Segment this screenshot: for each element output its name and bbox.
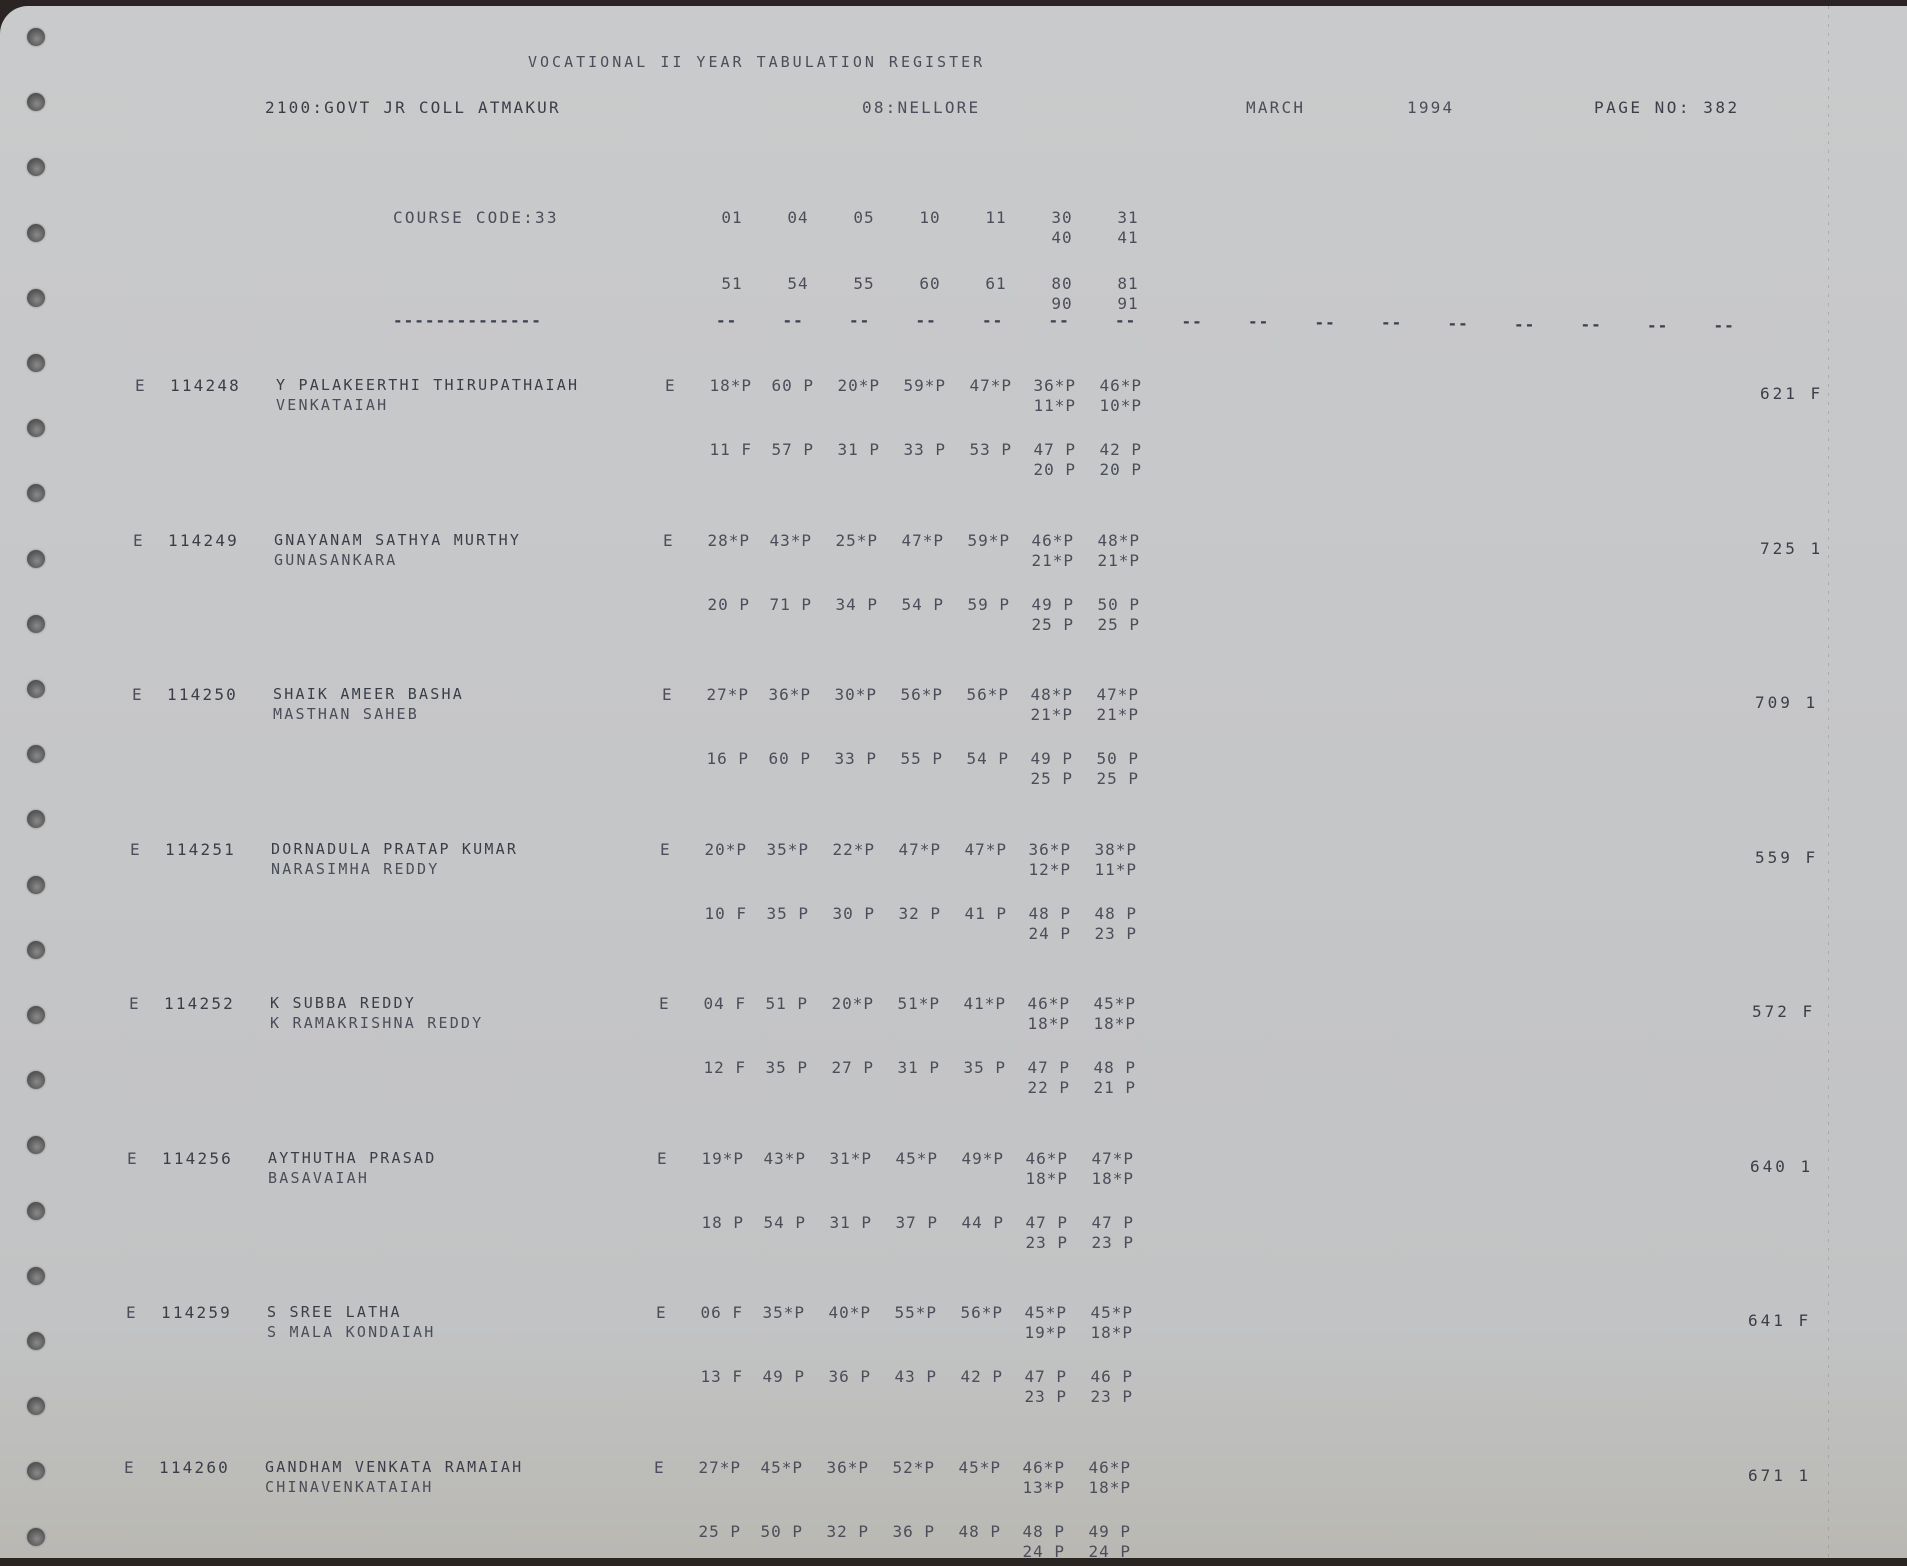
column-divider-dash: -- bbox=[1448, 314, 1469, 333]
medium-code: E bbox=[656, 1303, 668, 1322]
year2-sub-mark: 20 P bbox=[1080, 460, 1142, 479]
subject-code: 51 bbox=[712, 274, 752, 293]
college-name: 2100:GOVT JR COLL ATMAKUR bbox=[265, 98, 561, 117]
year1-sub-mark: 18*P bbox=[1069, 1478, 1131, 1497]
year1-mark: 45*P bbox=[939, 1458, 1001, 1477]
binder-hole bbox=[27, 354, 45, 372]
year2-mark: 35 P bbox=[746, 1058, 808, 1077]
year2-mark: 49 P bbox=[1069, 1522, 1131, 1541]
year2-mark: 27 P bbox=[812, 1058, 874, 1077]
course-underline: -------------- bbox=[393, 311, 542, 330]
year1-mark: 46*P bbox=[1006, 1149, 1068, 1168]
year1-mark: 52*P bbox=[873, 1458, 935, 1477]
year2-mark: 36 P bbox=[809, 1367, 871, 1386]
binder-hole bbox=[27, 93, 45, 111]
binder-hole bbox=[27, 1528, 45, 1546]
year2-mark: 43 P bbox=[875, 1367, 937, 1386]
year2-sub-mark: 24 P bbox=[1069, 1542, 1131, 1559]
year1-sub-mark: 11*P bbox=[1014, 396, 1076, 415]
year1-sub-mark: 18*P bbox=[1006, 1169, 1068, 1188]
subject-code: 54 bbox=[778, 274, 818, 293]
year1-mark: 60 P bbox=[752, 376, 814, 395]
year1-mark: 31*P bbox=[810, 1149, 872, 1168]
subject-code: 60 bbox=[910, 274, 950, 293]
subject-code: 41 bbox=[1108, 228, 1148, 247]
column-divider-dash: -- bbox=[849, 311, 870, 330]
year2-mark: 50 P bbox=[1077, 749, 1139, 768]
record-flag: E bbox=[130, 840, 142, 859]
total-and-result: 621 F bbox=[1760, 384, 1823, 403]
year2-mark: 50 P bbox=[741, 1522, 803, 1541]
year1-mark: 18*P bbox=[690, 376, 752, 395]
record-flag: E bbox=[127, 1149, 139, 1168]
year2-mark: 49 P bbox=[743, 1367, 805, 1386]
year2-sub-mark: 24 P bbox=[1003, 1542, 1065, 1559]
register-title: VOCATIONAL II YEAR TABULATION REGISTER bbox=[528, 53, 985, 71]
column-divider-dash: -- bbox=[716, 311, 737, 330]
binder-hole bbox=[27, 1202, 45, 1220]
year2-mark: 71 P bbox=[750, 595, 812, 614]
father-name: VENKATAIAH bbox=[276, 396, 388, 414]
total-and-result: 559 F bbox=[1755, 848, 1818, 867]
year2-sub-mark: 20 P bbox=[1014, 460, 1076, 479]
student-name: K SUBBA REDDY bbox=[270, 994, 416, 1012]
father-name: BASAVAIAH bbox=[268, 1169, 369, 1187]
year2-mark: 16 P bbox=[687, 749, 749, 768]
subject-code: 04 bbox=[778, 208, 818, 227]
binder-hole bbox=[27, 224, 45, 242]
year1-mark: 25*P bbox=[816, 531, 878, 550]
year1-sub-mark: 18*P bbox=[1074, 1014, 1136, 1033]
column-divider-dash: -- bbox=[1115, 311, 1136, 330]
medium-code: E bbox=[654, 1458, 666, 1477]
year1-mark: 36*P bbox=[1009, 840, 1071, 859]
year2-sub-mark: 21 P bbox=[1074, 1078, 1136, 1097]
year2-mark: 11 F bbox=[690, 440, 752, 459]
binder-hole bbox=[27, 484, 45, 502]
year1-mark: 43*P bbox=[744, 1149, 806, 1168]
year1-mark: 47*P bbox=[882, 531, 944, 550]
binder-holes bbox=[27, 6, 47, 1558]
year1-mark: 47*P bbox=[879, 840, 941, 859]
subject-code: 80 bbox=[1042, 274, 1082, 293]
year1-mark: 27*P bbox=[679, 1458, 741, 1477]
year1-mark: 36*P bbox=[1014, 376, 1076, 395]
binder-hole bbox=[27, 941, 45, 959]
subject-code: 01 bbox=[712, 208, 752, 227]
year1-sub-mark: 21*P bbox=[1077, 705, 1139, 724]
total-and-result: 641 F bbox=[1748, 1311, 1811, 1330]
student-name: S SREE LATHA bbox=[267, 1303, 402, 1321]
column-divider-dash: -- bbox=[916, 311, 937, 330]
year2-mark: 53 P bbox=[950, 440, 1012, 459]
year2-mark: 30 P bbox=[813, 904, 875, 923]
medium-code: E bbox=[660, 840, 672, 859]
year2-mark: 48 P bbox=[1009, 904, 1071, 923]
exam-month: MARCH bbox=[1246, 98, 1305, 117]
subject-code: 81 bbox=[1108, 274, 1148, 293]
perforation-line bbox=[1828, 6, 1829, 1558]
year1-mark: 59*P bbox=[884, 376, 946, 395]
year1-mark: 45*P bbox=[1074, 994, 1136, 1013]
year1-mark: 22*P bbox=[813, 840, 875, 859]
father-name: S MALA KONDAIAH bbox=[267, 1323, 435, 1341]
year2-mark: 48 P bbox=[1075, 904, 1137, 923]
father-name: MASTHAN SAHEB bbox=[273, 705, 419, 723]
year2-sub-mark: 25 P bbox=[1078, 615, 1140, 634]
year2-mark: 47 P bbox=[1072, 1213, 1134, 1232]
year1-mark: 35*P bbox=[747, 840, 809, 859]
year2-mark: 47 P bbox=[1006, 1213, 1068, 1232]
binder-hole bbox=[27, 419, 45, 437]
year1-mark: 48*P bbox=[1011, 685, 1073, 704]
year2-mark: 35 P bbox=[944, 1058, 1006, 1077]
year2-mark: 47 P bbox=[1005, 1367, 1067, 1386]
year2-mark: 47 P bbox=[1008, 1058, 1070, 1077]
roll-number: 114259 bbox=[161, 1303, 232, 1322]
student-name: GNAYANAM SATHYA MURTHY bbox=[274, 531, 521, 549]
binder-hole bbox=[27, 1397, 45, 1415]
subject-code: 05 bbox=[844, 208, 884, 227]
total-and-result: 709 1 bbox=[1755, 693, 1818, 712]
year1-sub-mark: 19*P bbox=[1005, 1323, 1067, 1342]
year1-mark: 36*P bbox=[807, 1458, 869, 1477]
student-name: Y PALAKEERTHI THIRUPATHAIAH bbox=[276, 376, 579, 394]
subject-code: 61 bbox=[976, 274, 1016, 293]
year1-mark: 56*P bbox=[881, 685, 943, 704]
year1-mark: 38*P bbox=[1075, 840, 1137, 859]
tabulation-register-sheet: VOCATIONAL II YEAR TABULATION REGISTER 2… bbox=[0, 6, 1907, 1558]
year2-sub-mark: 24 P bbox=[1009, 924, 1071, 943]
year1-mark: 41*P bbox=[944, 994, 1006, 1013]
roll-number: 114250 bbox=[167, 685, 238, 704]
year2-mark: 48 P bbox=[1074, 1058, 1136, 1077]
year1-mark: 49*P bbox=[942, 1149, 1004, 1168]
year2-mark: 10 F bbox=[685, 904, 747, 923]
year1-mark: 59*P bbox=[948, 531, 1010, 550]
year1-mark: 45*P bbox=[876, 1149, 938, 1168]
binder-hole bbox=[27, 1332, 45, 1350]
year2-sub-mark: 23 P bbox=[1006, 1233, 1068, 1252]
binder-hole bbox=[27, 550, 45, 568]
total-and-result: 725 1 bbox=[1760, 539, 1823, 558]
subject-code: 31 bbox=[1108, 208, 1148, 227]
binder-hole bbox=[27, 876, 45, 894]
year2-mark: 25 P bbox=[679, 1522, 741, 1541]
column-divider-dash: -- bbox=[1248, 312, 1269, 331]
binder-hole bbox=[27, 1267, 45, 1285]
year1-sub-mark: 10*P bbox=[1080, 396, 1142, 415]
father-name: NARASIMHA REDDY bbox=[271, 860, 439, 878]
year2-mark: 32 P bbox=[807, 1522, 869, 1541]
year2-mark: 37 P bbox=[876, 1213, 938, 1232]
year2-mark: 31 P bbox=[878, 1058, 940, 1077]
year2-sub-mark: 25 P bbox=[1011, 769, 1073, 788]
student-name: GANDHAM VENKATA RAMAIAH bbox=[265, 1458, 523, 1476]
total-and-result: 671 1 bbox=[1748, 1466, 1811, 1485]
year1-mark: 55*P bbox=[875, 1303, 937, 1322]
subject-code: 11 bbox=[976, 208, 1016, 227]
roll-number: 114248 bbox=[170, 376, 241, 395]
column-divider-dash: -- bbox=[1049, 311, 1070, 330]
year1-mark: 48*P bbox=[1078, 531, 1140, 550]
year1-mark: 47*P bbox=[945, 840, 1007, 859]
subject-code: 40 bbox=[1042, 228, 1082, 247]
medium-code: E bbox=[665, 376, 677, 395]
column-divider-dash: -- bbox=[1514, 315, 1535, 334]
binder-hole bbox=[27, 1071, 45, 1089]
binder-hole bbox=[27, 745, 45, 763]
year2-mark: 34 P bbox=[816, 595, 878, 614]
record-flag: E bbox=[133, 531, 145, 550]
roll-number: 114249 bbox=[168, 531, 239, 550]
year1-mark: 47*P bbox=[950, 376, 1012, 395]
medium-code: E bbox=[663, 531, 675, 550]
medium-code: E bbox=[659, 994, 671, 1013]
page-number: PAGE NO: 382 bbox=[1594, 98, 1740, 117]
year1-mark: 20*P bbox=[685, 840, 747, 859]
roll-number: 114260 bbox=[159, 1458, 230, 1477]
year1-mark: 35*P bbox=[743, 1303, 805, 1322]
year1-sub-mark: 18*P bbox=[1008, 1014, 1070, 1033]
student-name: SHAIK AMEER BASHA bbox=[273, 685, 464, 703]
year1-sub-mark: 21*P bbox=[1012, 551, 1074, 570]
year1-mark: 45*P bbox=[741, 1458, 803, 1477]
year1-sub-mark: 11*P bbox=[1075, 860, 1137, 879]
year2-mark: 33 P bbox=[884, 440, 946, 459]
father-name: CHINAVENKATAIAH bbox=[265, 1478, 433, 1496]
record-flag: E bbox=[129, 994, 141, 1013]
year1-mark: 40*P bbox=[809, 1303, 871, 1322]
year1-mark: 51 P bbox=[746, 994, 808, 1013]
year2-mark: 42 P bbox=[941, 1367, 1003, 1386]
binder-hole bbox=[27, 1006, 45, 1024]
year2-mark: 47 P bbox=[1014, 440, 1076, 459]
year2-mark: 36 P bbox=[873, 1522, 935, 1541]
year1-mark: 47*P bbox=[1072, 1149, 1134, 1168]
year2-mark: 20 P bbox=[688, 595, 750, 614]
year1-mark: 30*P bbox=[815, 685, 877, 704]
column-divider-dash: -- bbox=[1714, 316, 1735, 335]
column-divider-dash: -- bbox=[1647, 316, 1668, 335]
record-flag: E bbox=[135, 376, 147, 395]
year2-mark: 33 P bbox=[815, 749, 877, 768]
year1-sub-mark: 18*P bbox=[1072, 1169, 1134, 1188]
year2-mark: 44 P bbox=[942, 1213, 1004, 1232]
year2-sub-mark: 22 P bbox=[1008, 1078, 1070, 1097]
year2-mark: 48 P bbox=[1003, 1522, 1065, 1541]
year2-sub-mark: 23 P bbox=[1072, 1233, 1134, 1252]
year2-sub-mark: 23 P bbox=[1075, 924, 1137, 943]
binder-hole bbox=[27, 289, 45, 307]
year1-mark: 43*P bbox=[750, 531, 812, 550]
year1-mark: 06 F bbox=[681, 1303, 743, 1322]
course-code-label: COURSE CODE:33 bbox=[393, 208, 559, 227]
year2-mark: 55 P bbox=[881, 749, 943, 768]
year2-mark: 54 P bbox=[882, 595, 944, 614]
year2-mark: 41 P bbox=[945, 904, 1007, 923]
total-and-result: 640 1 bbox=[1750, 1157, 1813, 1176]
student-name: AYTHUTHA PRASAD bbox=[268, 1149, 436, 1167]
year2-mark: 42 P bbox=[1080, 440, 1142, 459]
record-flag: E bbox=[124, 1458, 136, 1477]
year2-mark: 57 P bbox=[752, 440, 814, 459]
column-divider-dash: -- bbox=[1381, 313, 1402, 332]
roll-number: 114256 bbox=[162, 1149, 233, 1168]
subject-code: 55 bbox=[844, 274, 884, 293]
total-and-result: 572 F bbox=[1752, 1002, 1815, 1021]
year1-mark: 47*P bbox=[1077, 685, 1139, 704]
year2-mark: 49 P bbox=[1011, 749, 1073, 768]
year1-mark: 20*P bbox=[818, 376, 880, 395]
medium-code: E bbox=[662, 685, 674, 704]
year1-sub-mark: 12*P bbox=[1009, 860, 1071, 879]
year1-mark: 51*P bbox=[878, 994, 940, 1013]
binder-hole bbox=[27, 680, 45, 698]
year2-mark: 35 P bbox=[747, 904, 809, 923]
student-name: DORNADULA PRATAP KUMAR bbox=[271, 840, 518, 858]
year1-mark: 19*P bbox=[682, 1149, 744, 1168]
year1-mark: 04 F bbox=[684, 994, 746, 1013]
father-name: GUNASANKARA bbox=[274, 551, 398, 569]
year2-mark: 48 P bbox=[939, 1522, 1001, 1541]
year1-mark: 56*P bbox=[941, 1303, 1003, 1322]
year1-mark: 56*P bbox=[947, 685, 1009, 704]
column-divider-dash: -- bbox=[783, 311, 804, 330]
year1-mark: 46*P bbox=[1080, 376, 1142, 395]
year1-mark: 46*P bbox=[1008, 994, 1070, 1013]
binder-hole bbox=[27, 1462, 45, 1480]
year1-sub-mark: 18*P bbox=[1071, 1323, 1133, 1342]
year2-sub-mark: 23 P bbox=[1071, 1387, 1133, 1406]
year2-mark: 13 F bbox=[681, 1367, 743, 1386]
subject-code: 30 bbox=[1042, 208, 1082, 227]
year1-mark: 27*P bbox=[687, 685, 749, 704]
year1-mark: 36*P bbox=[749, 685, 811, 704]
year2-mark: 54 P bbox=[947, 749, 1009, 768]
binder-hole bbox=[27, 615, 45, 633]
year2-mark: 54 P bbox=[744, 1213, 806, 1232]
year2-sub-mark: 25 P bbox=[1012, 615, 1074, 634]
year1-mark: 20*P bbox=[812, 994, 874, 1013]
year2-mark: 31 P bbox=[818, 440, 880, 459]
year1-sub-mark: 13*P bbox=[1003, 1478, 1065, 1497]
binder-hole bbox=[27, 1136, 45, 1154]
record-flag: E bbox=[132, 685, 144, 704]
year1-mark: 46*P bbox=[1069, 1458, 1131, 1477]
column-divider-dash: -- bbox=[1581, 315, 1602, 334]
roll-number: 114252 bbox=[164, 994, 235, 1013]
father-name: K RAMAKRISHNA REDDY bbox=[270, 1014, 483, 1032]
year2-mark: 32 P bbox=[879, 904, 941, 923]
year1-mark: 45*P bbox=[1005, 1303, 1067, 1322]
year1-mark: 45*P bbox=[1071, 1303, 1133, 1322]
column-divider-dash: -- bbox=[1182, 312, 1203, 331]
year2-sub-mark: 25 P bbox=[1077, 769, 1139, 788]
subject-code: 10 bbox=[910, 208, 950, 227]
year2-mark: 46 P bbox=[1071, 1367, 1133, 1386]
year2-mark: 59 P bbox=[948, 595, 1010, 614]
district-name: 08:NELLORE bbox=[862, 98, 980, 117]
record-flag: E bbox=[126, 1303, 138, 1322]
year2-mark: 60 P bbox=[749, 749, 811, 768]
exam-year: 1994 bbox=[1407, 98, 1454, 117]
binder-hole bbox=[27, 158, 45, 176]
year1-mark: 46*P bbox=[1003, 1458, 1065, 1477]
binder-hole bbox=[27, 28, 45, 46]
year2-mark: 12 F bbox=[684, 1058, 746, 1077]
year2-mark: 50 P bbox=[1078, 595, 1140, 614]
medium-code: E bbox=[657, 1149, 669, 1168]
roll-number: 114251 bbox=[165, 840, 236, 859]
year2-mark: 18 P bbox=[682, 1213, 744, 1232]
year2-mark: 31 P bbox=[810, 1213, 872, 1232]
column-divider-dash: -- bbox=[982, 311, 1003, 330]
year1-sub-mark: 21*P bbox=[1011, 705, 1073, 724]
binder-hole bbox=[27, 810, 45, 828]
year2-sub-mark: 23 P bbox=[1005, 1387, 1067, 1406]
year1-mark: 28*P bbox=[688, 531, 750, 550]
column-divider-dash: -- bbox=[1315, 313, 1336, 332]
year1-mark: 46*P bbox=[1012, 531, 1074, 550]
year2-mark: 49 P bbox=[1012, 595, 1074, 614]
year1-sub-mark: 21*P bbox=[1078, 551, 1140, 570]
